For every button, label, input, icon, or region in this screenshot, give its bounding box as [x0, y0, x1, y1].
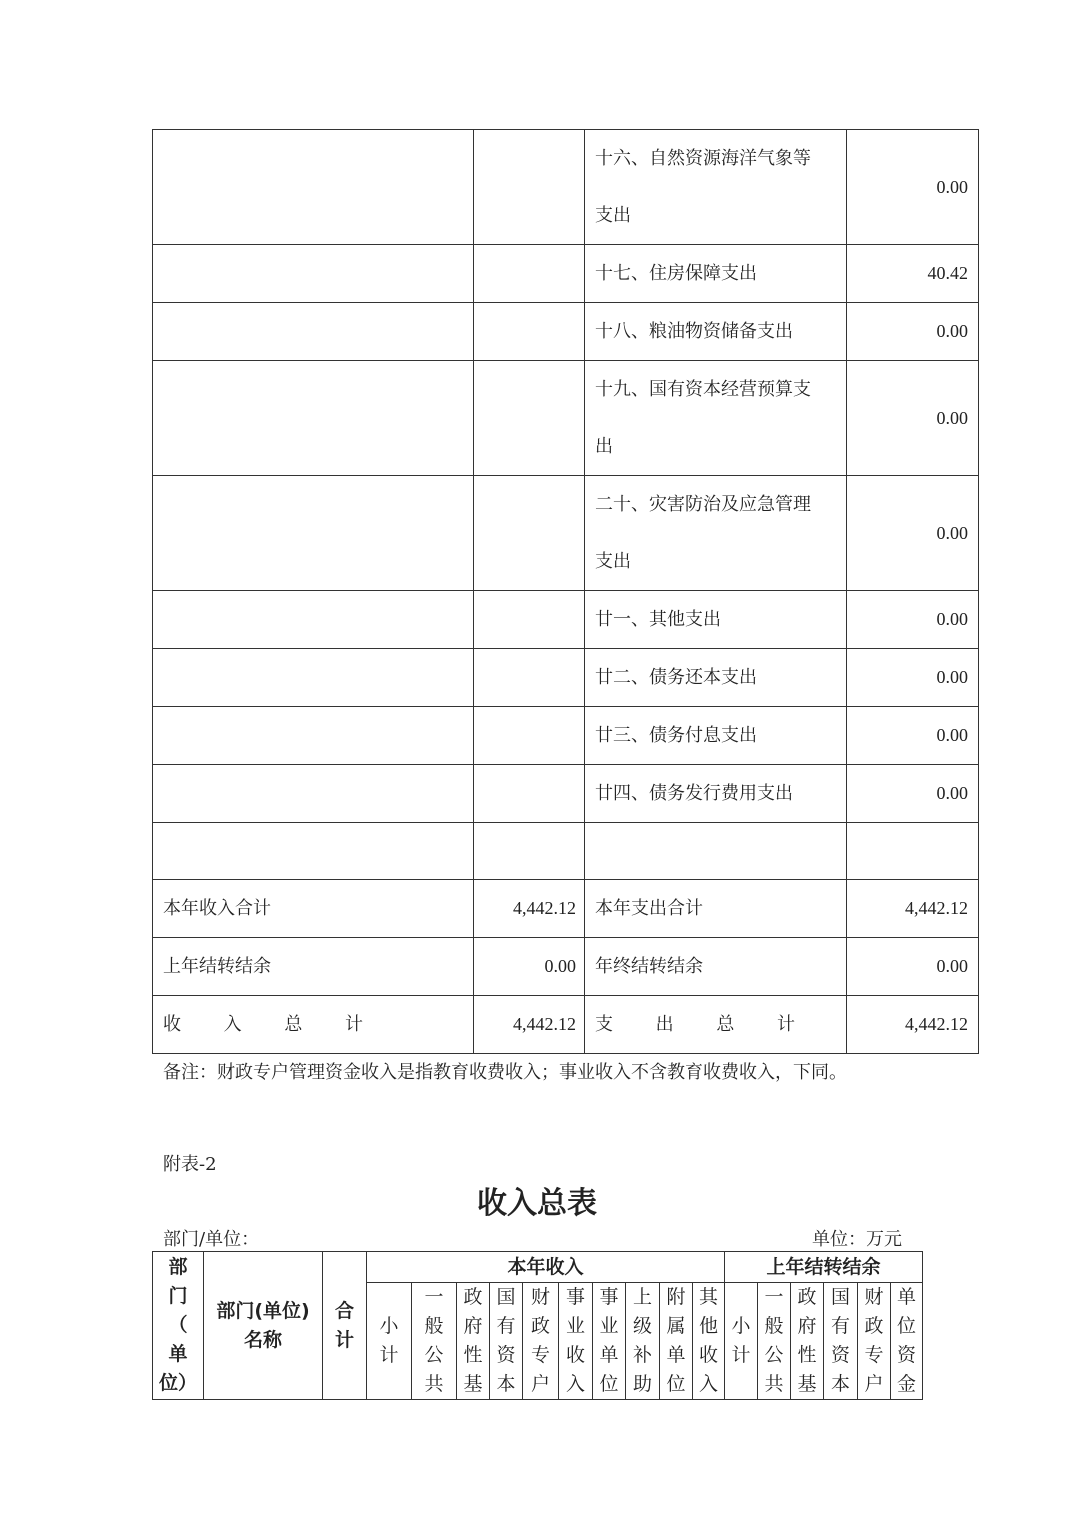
expense-value-cell: 0.00 [847, 649, 979, 707]
header-current-higher-subsidy: 上级补助 [626, 1283, 660, 1400]
header-current-subtotal: 小计 [367, 1283, 412, 1400]
income-value-cell [474, 245, 585, 303]
label-char: 计 [777, 996, 795, 1053]
income-value-cell: 4,442.12 [474, 880, 585, 938]
expense-value-cell: 4,442.12 [847, 880, 979, 938]
expense-item-cell: 廿一、其他支出 [585, 591, 847, 649]
label-char: 收 [163, 996, 181, 1053]
header-current-affiliated-unit: 附属单位 [660, 1283, 693, 1400]
table-title: 收入总表 [0, 1178, 1074, 1222]
expense-item-line1: 二十、灾害防治及应急管理 [595, 494, 811, 515]
header-current-business-unit: 事业单位 [593, 1283, 626, 1400]
expense-value-cell: 4,442.12 [847, 996, 979, 1054]
table-row: 十六、自然资源海洋气象等支出 0.00 [153, 130, 979, 245]
header-carry-general-public: 一般公共 [758, 1283, 791, 1400]
header-row-groups: 部 门 （ 单 位） 部门(单位) 名称 合 计 本年收入 上年结转结余 [153, 1252, 923, 1283]
expense-item-cell: 年终结转结余 [585, 938, 847, 996]
expense-item-line1: 十六、自然资源海洋气象等 [595, 148, 811, 169]
table-row: 二十、灾害防治及应急管理支出 0.00 [153, 476, 979, 591]
expense-item-line2: 支出 [595, 551, 631, 572]
table-row: 廿三、债务付息支出 0.00 [153, 707, 979, 765]
expense-item-line2: 出 [595, 436, 613, 457]
expense-item-cell: 十八、粮油物资储备支出 [585, 303, 847, 361]
table-row-income-total-current-year: 本年收入合计 4,442.12 本年支出合计 4,442.12 [153, 880, 979, 938]
expense-value-cell: 0.00 [847, 130, 979, 245]
label-char: 出 [656, 996, 674, 1053]
income-item-cell [153, 823, 474, 880]
expense-value-cell: 0.00 [847, 476, 979, 591]
header-current-gov-fund: 政府性基 [457, 1283, 490, 1400]
income-item-cell [153, 649, 474, 707]
department-label: 部门/单位： [163, 1225, 259, 1251]
income-value-cell [474, 361, 585, 476]
table-row: 廿二、债务还本支出 0.00 [153, 649, 979, 707]
income-value-cell [474, 649, 585, 707]
expense-item-cell: 十九、国有资本经营预算支出 [585, 361, 847, 476]
label-char: 总 [284, 996, 302, 1053]
expense-item-cell [585, 823, 847, 880]
expense-value-cell: 0.00 [847, 765, 979, 823]
label-char: 入 [224, 996, 242, 1053]
income-item-cell: 收 入 总 计 [153, 996, 474, 1054]
expense-value-cell: 40.42 [847, 245, 979, 303]
table-row: 十七、住房保障支出 40.42 [153, 245, 979, 303]
header-group-carryover: 上年结转结余 [725, 1252, 923, 1283]
income-value-cell [474, 591, 585, 649]
income-summary-table: 部 门 （ 单 位） 部门(单位) 名称 合 计 本年收入 上年结转结余 小计 … [152, 1251, 923, 1400]
header-carry-unit-funds: 单位资金 [891, 1283, 923, 1400]
income-value-cell [474, 303, 585, 361]
income-item-cell: 本年收入合计 [153, 880, 474, 938]
income-item-cell [153, 245, 474, 303]
expense-item-cell: 二十、灾害防治及应急管理支出 [585, 476, 847, 591]
income-value-cell [474, 476, 585, 591]
income-value-cell: 4,442.12 [474, 996, 585, 1054]
income-value-cell [474, 707, 585, 765]
table-row: 廿一、其他支出 0.00 [153, 591, 979, 649]
header-total: 合 计 [323, 1252, 367, 1400]
expense-value-cell: 0.00 [847, 938, 979, 996]
table-row: 十八、粮油物资储备支出 0.00 [153, 303, 979, 361]
table-row-carryover: 上年结转结余 0.00 年终结转结余 0.00 [153, 938, 979, 996]
expense-item-cell: 廿二、债务还本支出 [585, 649, 847, 707]
expense-value-cell: 0.00 [847, 707, 979, 765]
income-value-cell [474, 765, 585, 823]
table-row: 十九、国有资本经营预算支出 0.00 [153, 361, 979, 476]
expense-item-cell: 本年支出合计 [585, 880, 847, 938]
income-item-cell [153, 476, 474, 591]
header-current-business-income: 事业收入 [559, 1283, 593, 1400]
header-dept-code: 部 门 （ 单 位） [153, 1252, 204, 1400]
expense-value-cell: 0.00 [847, 361, 979, 476]
expense-item-cell: 支 出 总 计 [585, 996, 847, 1054]
footnote: 备注：财政专户管理资金收入是指教育收费收入；事业收入不含教育收费收入，下同。 [163, 1058, 847, 1084]
label-char: 支 [595, 996, 613, 1053]
expense-item-line1: 十九、国有资本经营预算支 [595, 379, 811, 400]
income-item-cell [153, 361, 474, 476]
income-value-cell [474, 823, 585, 880]
income-item-cell [153, 303, 474, 361]
unit-label: 单位：万元 [812, 1225, 902, 1251]
header-dept-name: 部门(单位) 名称 [204, 1252, 323, 1400]
income-item-cell [153, 707, 474, 765]
header-carry-fiscal-account: 财政专户 [858, 1283, 891, 1400]
income-item-cell [153, 591, 474, 649]
label-char: 总 [716, 996, 734, 1053]
header-carry-state-capital: 国有资本 [824, 1283, 858, 1400]
income-expense-summary-table: 十六、自然资源海洋气象等支出 0.00 十七、住房保障支出 40.42 十八、粮… [152, 129, 979, 1054]
header-group-current-year-income: 本年收入 [367, 1252, 725, 1283]
expense-value-cell: 0.00 [847, 303, 979, 361]
income-item-cell [153, 765, 474, 823]
header-current-general-public: 一般公共 [412, 1283, 457, 1400]
expense-item-cell: 廿三、债务付息支出 [585, 707, 847, 765]
expense-item-cell: 廿四、债务发行费用支出 [585, 765, 847, 823]
header-carry-gov-fund: 政府性基 [791, 1283, 824, 1400]
expense-item-line2: 支出 [595, 205, 631, 226]
table-row: 廿四、债务发行费用支出 0.00 [153, 765, 979, 823]
income-value-cell [474, 130, 585, 245]
annex-label: 附表-2 [163, 1150, 217, 1176]
table-row-grand-total: 收 入 总 计 4,442.12 支 出 总 计 4,442.12 [153, 996, 979, 1054]
expense-value-cell [847, 823, 979, 880]
table-row [153, 823, 979, 880]
expense-item-cell: 十六、自然资源海洋气象等支出 [585, 130, 847, 245]
income-value-cell: 0.00 [474, 938, 585, 996]
header-carry-subtotal: 小计 [725, 1283, 758, 1400]
income-item-cell [153, 130, 474, 245]
income-item-cell: 上年结转结余 [153, 938, 474, 996]
expense-value-cell: 0.00 [847, 591, 979, 649]
header-current-state-capital: 国有资本 [490, 1283, 523, 1400]
header-current-other-income: 其他收入 [693, 1283, 725, 1400]
label-char: 计 [345, 996, 363, 1053]
expense-item-cell: 十七、住房保障支出 [585, 245, 847, 303]
header-current-fiscal-account: 财政专户 [523, 1283, 559, 1400]
